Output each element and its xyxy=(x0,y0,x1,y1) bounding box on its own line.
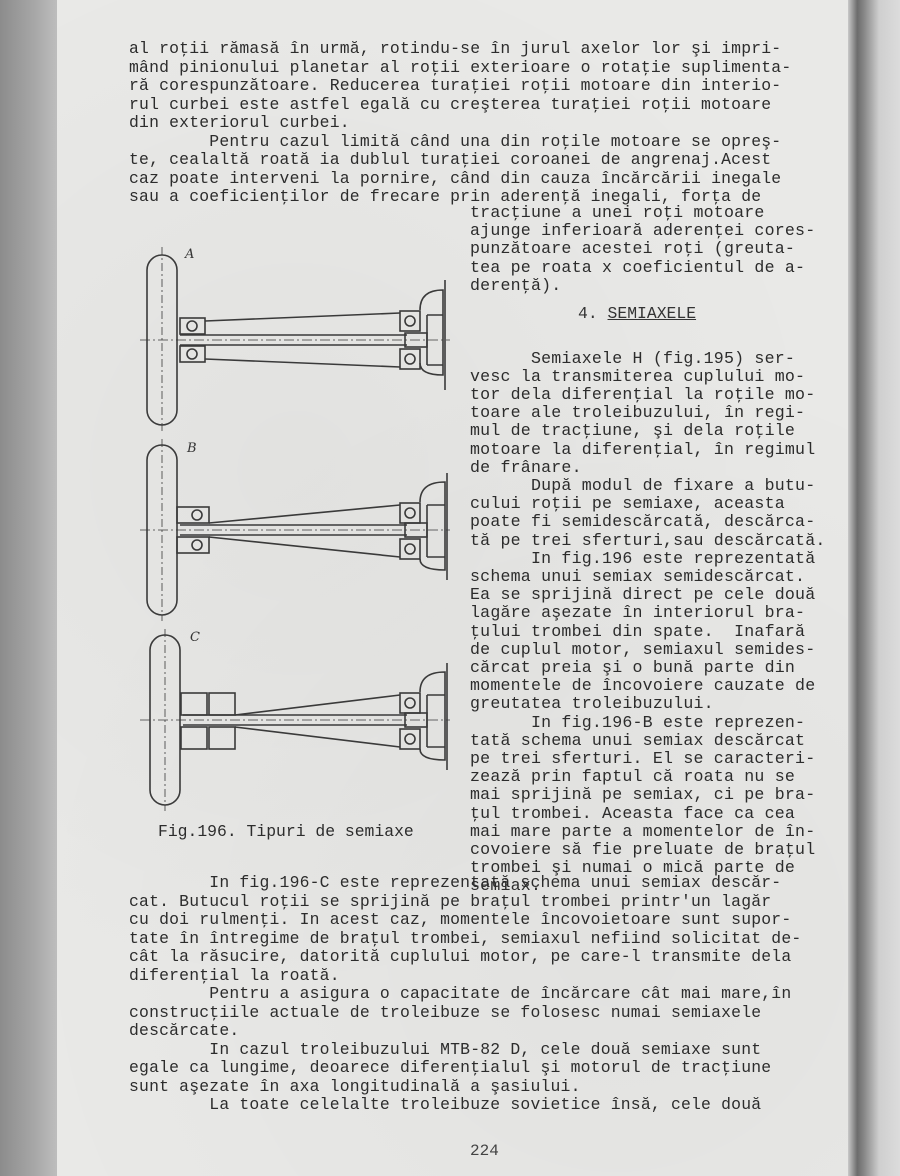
text-line: mai sprijină pe semiax, ci pe bra- xyxy=(470,786,815,804)
text-line: egale ca lungime, deoarece diferenţialul… xyxy=(129,1059,771,1077)
text-line: momentele de încovoiere cauzate de xyxy=(470,677,815,695)
text-line: cât la răsucire, datorită cuplului motor… xyxy=(129,948,791,966)
text-line: Ea se sprijină direct pe cele două xyxy=(470,586,815,604)
text-line: covoiere să fie preluate de braţul xyxy=(470,841,815,859)
panel-c-drawing xyxy=(140,629,450,811)
text-line: de frânare. xyxy=(470,459,582,477)
text-line: lagăre aşezate în interiorul bra- xyxy=(470,604,805,622)
panel-label-a: A xyxy=(185,247,194,262)
text-line: caz poate interveni la pornire, când din… xyxy=(129,170,781,188)
text-line: descărcate. xyxy=(129,1022,239,1040)
text-line: zează prin faptul că roata nu se xyxy=(470,768,795,786)
text-line: poate fi semidescărcată, descărca- xyxy=(470,513,815,531)
panel-label-b: B xyxy=(187,441,197,456)
text-line: ţul trombei. Aceasta face ca cea xyxy=(470,805,795,823)
text-line: tea pe roata x coeficientul de a- xyxy=(470,259,805,277)
text-line: In cazul troleibuzului MTB-82 D, cele do… xyxy=(129,1041,761,1059)
text-line: ră corespunzătoare. Reducerea turaţiei r… xyxy=(129,77,781,95)
panel-b-drawing xyxy=(140,439,450,621)
text-line: cu doi rulmenţi. In acest caz, momentele… xyxy=(129,911,791,929)
scan-left-margin xyxy=(0,0,57,1176)
page-number: 224 xyxy=(470,1142,499,1160)
text-line: Semiaxele H (fig.195) ser- xyxy=(470,350,795,368)
text-line: La toate celelalte troleibuze sovietice … xyxy=(129,1096,761,1114)
text-line: vesc la transmiterea cuplului mo- xyxy=(470,368,805,386)
text-line: din exteriorul curbei. xyxy=(129,114,350,132)
text-line: In fig.196 este reprezentată xyxy=(470,550,815,568)
text-line: tor dela diferenţial la roţile mo- xyxy=(470,386,815,404)
panel-a-drawing xyxy=(140,247,450,433)
text-line: motoare la diferenţial, în regimul xyxy=(470,441,815,459)
text-line: mul de tracţiune, şi dela roţile xyxy=(470,422,795,440)
text-line: După modul de fixare a butu- xyxy=(470,477,815,495)
text-line: construcţiile actuale de troleibuze se f… xyxy=(129,1004,761,1022)
text-line: tate în întregime de braţul trombei, sem… xyxy=(129,930,801,948)
text-line: mând pinionului planetar al roţii exteri… xyxy=(129,59,791,77)
text-line: cărcat preia şi o bună parte din xyxy=(470,659,795,677)
text-line: In fig.196-B este reprezen- xyxy=(470,714,805,732)
text-line: derenţă). xyxy=(470,277,561,295)
text-line: cat. Butucul roţii se sprijină pe braţul… xyxy=(129,893,771,911)
text-line: In fig.196-C este reprezentată schema un… xyxy=(129,874,781,892)
text-line: Pentru a asigura o capacitate de încărca… xyxy=(129,985,791,1003)
text-line: greutatea troleibuzului. xyxy=(470,695,714,713)
text-line: sunt aşezate în axa longitudinală a şasi… xyxy=(129,1078,581,1096)
text-line: pe trei sferturi. El se caracteri- xyxy=(470,750,815,768)
figure-196: A B C xyxy=(125,245,460,815)
text-line: ţului trombei din spate. Inafară xyxy=(470,623,805,641)
text-line: mai mare parte a momentelor de în- xyxy=(470,823,815,841)
text-line: de cuplul motor, semiaxul semides- xyxy=(470,641,815,659)
panel-label-c: C xyxy=(190,630,200,645)
text-line: tată schema unui semiax descărcat xyxy=(470,732,805,750)
section-heading: 4. SEMIAXELE xyxy=(578,304,696,323)
text-line: al roţii rămasă în urmă, rotindu-se în j… xyxy=(129,40,781,58)
figure-caption: Fig.196. Tipuri de semiaxe xyxy=(158,822,414,841)
section-number: 4. xyxy=(578,304,598,323)
text-line: tracţiune a unei roţi motoare xyxy=(470,204,765,222)
text-line: te, cealaltă roată ia dublul turaţiei co… xyxy=(129,151,771,169)
book-gutter xyxy=(848,0,900,1176)
text-line: Pentru cazul limită când una din roţile … xyxy=(129,133,781,151)
text-line: diferenţial la roată. xyxy=(129,967,340,985)
text-line: ajunge inferioară aderenţei cores- xyxy=(470,222,815,240)
text-line: toare ale troleibuzului, în regi- xyxy=(470,404,805,422)
text-line: punzătoare acestei roţi (greuta- xyxy=(470,240,795,258)
half-axle-diagram xyxy=(125,245,460,815)
text-line: cului roţii pe semiaxe, aceasta xyxy=(470,495,785,513)
text-line: schema unui semiax semidescărcat. xyxy=(470,568,805,586)
section-title: SEMIAXELE xyxy=(608,304,697,323)
text-line: rul curbei este astfel egală cu creştere… xyxy=(129,96,771,114)
text-line: tă pe trei sferturi,sau descărcată. xyxy=(470,532,826,550)
